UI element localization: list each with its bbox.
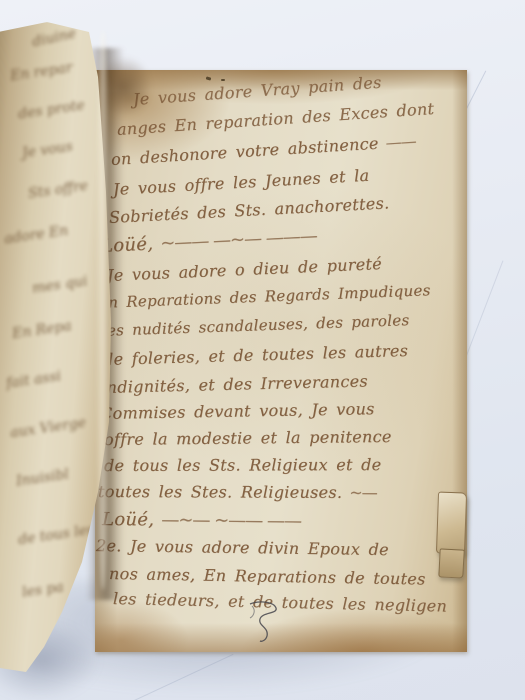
- blurred-script-fragment: fait assi: [5, 368, 62, 392]
- manuscript-line: Sobrietés des Sts. anachorettes.: [109, 193, 397, 227]
- manuscript-line: 2e. Je vous adore divin Epoux de: [96, 536, 396, 559]
- manuscript-line: Loüé,—~— ~—— ——: [102, 509, 301, 532]
- blurred-script-fragment: de tous les: [17, 522, 95, 548]
- manuscript-line: Commises devant vous, Je vous: [100, 399, 382, 423]
- manuscript-line: Je vous adore o dieu de pureté: [107, 254, 390, 285]
- blurred-script-fragment: Sts offre: [27, 178, 89, 202]
- blurred-script-fragment: des prote: [17, 97, 85, 122]
- manuscript-line: nos ames, En Reparations de toutes: [109, 564, 433, 589]
- blurred-script-fragment: En Repa: [11, 318, 72, 342]
- manuscript-line: En Reparations des Regards Impudiques: [97, 281, 438, 312]
- manuscript-line: toutes les Stes. Religieuses.~—: [98, 482, 377, 502]
- blurred-script-fragment: mes qui: [31, 273, 88, 297]
- manuscript-line: Indignités, et des Irreverances: [100, 371, 375, 397]
- vellum-clasp-tab-end: [438, 548, 464, 578]
- manuscript-line: offre la modestie et la penitence: [104, 427, 399, 449]
- paper-debris-speck: [221, 79, 225, 81]
- blurred-script-fragment: aux Vierge: [9, 415, 87, 441]
- blurred-script-fragment: diuine: [31, 26, 78, 51]
- manuscript-line: Je vous offre les Jeunes et la: [112, 165, 376, 199]
- blurred-script-fragment: adore En: [3, 223, 69, 248]
- left-page-edge-highlight: [96, 30, 110, 590]
- blurred-script-fragment: Inuisibl: [15, 466, 70, 489]
- loose-thread: [236, 598, 288, 648]
- blurred-script-fragment: les pa: [21, 579, 65, 601]
- vellum-clasp-tab: [436, 492, 467, 555]
- manuscript-line: on deshonore votre abstinence——: [110, 131, 416, 169]
- blurred-script-fragment: Je vous: [21, 139, 74, 162]
- photo-of-open-manuscript: Je vous adore Vray pain des anges En rep…: [0, 0, 525, 700]
- blurred-script-fragment: En repar: [9, 60, 73, 85]
- manuscript-line: Loüé,~—— —~— ———: [100, 225, 317, 257]
- manuscript-line: de tous les Sts. Religieux et de: [104, 455, 388, 475]
- manuscript-line: des nudités scandaleuses, des paroles: [97, 311, 417, 340]
- manuscript-line: de foleries, et de toutes les autres: [103, 341, 416, 369]
- right-manuscript-page: Je vous adore Vray pain des anges En rep…: [95, 70, 467, 652]
